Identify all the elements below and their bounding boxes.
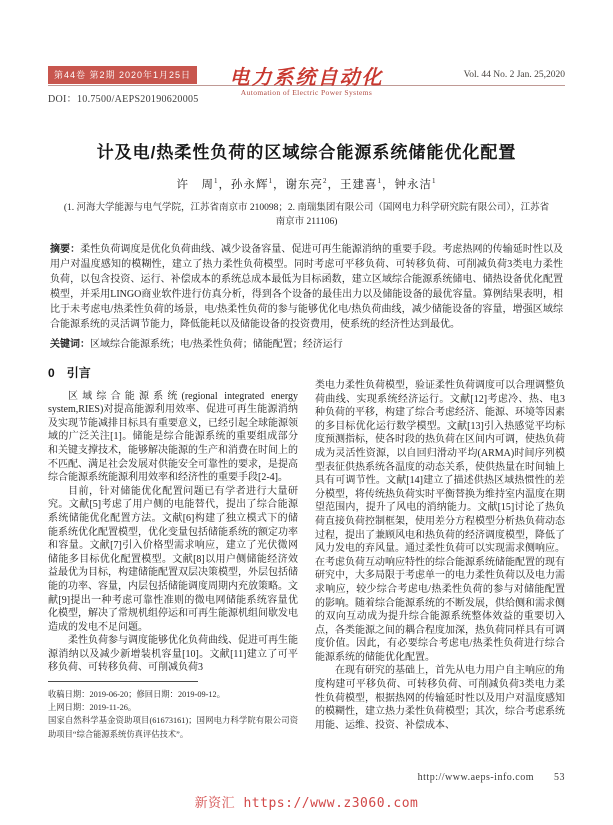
author: 孙永辉1，: [231, 179, 286, 191]
section-title: 引言: [67, 366, 91, 380]
keywords-label: 关键词：: [50, 339, 90, 350]
author: 许 周1，: [177, 179, 232, 191]
page-number: 53: [554, 772, 565, 783]
author: 王建喜1，: [340, 179, 395, 191]
watermark-link: 新资汇 https://www.z3060.com: [0, 792, 613, 811]
journal-url: http://www.aeps-info.com: [418, 772, 534, 783]
paragraph: 目前，针对储能优化配置问题已有学者进行大量研究。文献[5]考虑了用户侧的电能替代…: [48, 485, 298, 635]
author: 谢东亮2，: [286, 179, 341, 191]
abstract-label: 摘要：: [50, 244, 80, 255]
volume-issue-date: Vol. 44 No. 2 Jan. 25,2020: [464, 70, 565, 80]
author: 钟永洁1: [395, 179, 437, 191]
doi-text: DOI：10.7500/AEPS20190620005: [48, 90, 199, 105]
paragraph: 在现有研究的基础上，首先从电力用户自主响应的角度构建可平移负荷、可转移负荷、可削…: [315, 664, 565, 732]
footnote-funding: 国家自然科学基金资助项目(61673161)；国网电力科学院有限公司资助项目“综…: [48, 714, 298, 740]
body-columns: 0引言 区域综合能源系统(regional integrated energy …: [0, 366, 613, 741]
footnote-online-date: 上网日期：2019-11-26。: [48, 701, 298, 714]
footnote-rule: [48, 681, 198, 682]
keywords: 关键词：区域综合能源系统；电/热柔性负荷；储能配置；经济运行: [50, 338, 563, 352]
front-matter: 计及电/热柔性负荷的区域综合能源系统储能优化配置 许 周1，孙永辉1，谢东亮2，…: [0, 0, 613, 352]
section-number: 0: [48, 366, 55, 380]
keywords-text: 区域综合能源系统；电/热柔性负荷；储能配置；经济运行: [90, 339, 343, 350]
footnote-block: 收稿日期：2019-06-20；修回日期：2019-09-12。 上网日期：20…: [48, 681, 298, 741]
abstract-text: 柔性负荷调度是优化负荷曲线、减少设备容量、促进可再生能源消纳的重要手段。考虑热网…: [50, 244, 563, 330]
affiliation: (1. 河海大学能源与电气学院，江苏省南京市 210098；2. 南瑞集团有限公…: [62, 201, 552, 229]
abstract: 摘要：柔性负荷调度是优化负荷曲线、减少设备容量、促进可再生能源消纳的重要手段。考…: [50, 242, 563, 332]
left-column: 0引言 区域综合能源系统(regional integrated energy …: [48, 366, 298, 741]
section-heading: 0引言: [48, 367, 298, 381]
article-title: 计及电/热柔性负荷的区域综合能源系统储能优化配置: [48, 138, 565, 163]
paragraph: 柔性负荷参与调度能够优化负荷曲线、促进可再生能源消纳以及减少新增装机容量[10]…: [48, 634, 298, 675]
footnote-received-date: 收稿日期：2019-06-20；修回日期：2019-09-12。: [48, 688, 298, 701]
paragraph: 区域综合能源系统(regional integrated energy syst…: [48, 390, 298, 485]
page-footer: http://www.aeps-info.com53: [418, 772, 565, 783]
paragraph: 类电力柔性负荷模型，验证柔性负荷调度可以合理调整负荷曲线、实现系统经济运行。文献…: [315, 379, 565, 664]
author-line: 许 周1，孙永辉1，谢东亮2，王建喜1，钟永洁1: [48, 176, 565, 192]
paper-page: 第44卷 第2期 2020年1月25日 电力系统自动化 Automation o…: [0, 0, 613, 825]
right-column: 类电力柔性负荷模型，验证柔性负荷调度可以合理调整负荷曲线、实现系统经济运行。文献…: [315, 366, 565, 741]
